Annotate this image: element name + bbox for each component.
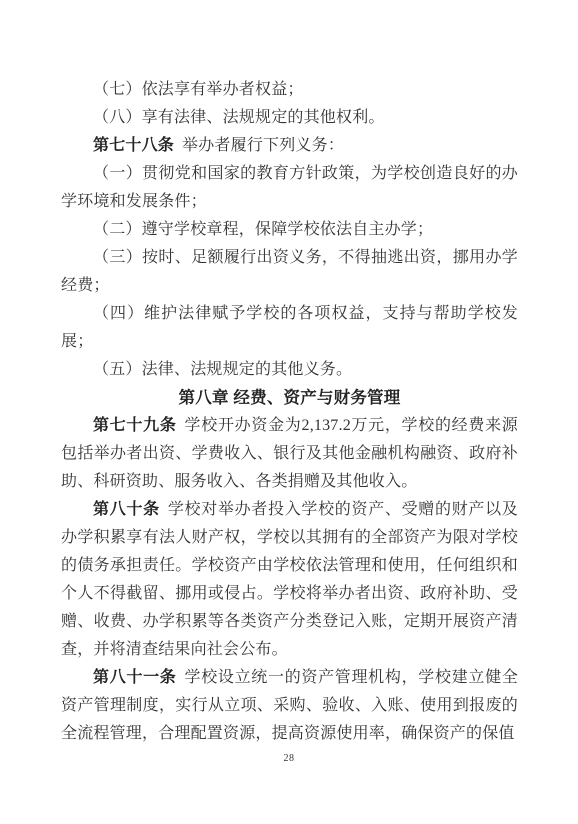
clause-paragraph: （七）依法享有举办者权益； [61, 76, 518, 104]
document-page: （七）依法享有举办者权益； （八）享有法律、法规规定的其他权利。 第七十八条举办… [0, 0, 578, 824]
page-number: 28 [0, 753, 578, 764]
clause-paragraph: （五）法律、法规规定的其他义务。 [61, 356, 518, 384]
article-paragraph: 第八十条学校对举办者投入学校的资产、受赠的财产以及办学积累享有法人财产权，学校以… [61, 496, 518, 664]
article-paragraph: 第七十八条举办者履行下列义务： [61, 132, 518, 160]
article-number: 第七十九条 [93, 417, 177, 434]
article-text: 学校对举办者投入学校的资产、受赠的财产以及办学积累享有法人财产权，学校以其拥有的… [61, 501, 518, 658]
article-paragraph: 第八十一条学校设立统一的资产管理机构，学校建立健全资产管理制度，实行从立项、采购… [61, 664, 518, 748]
document-body: （七）依法享有举办者权益； （八）享有法律、法规规定的其他权利。 第七十八条举办… [61, 76, 518, 748]
article-number: 第八十一条 [93, 669, 177, 686]
article-paragraph: 第七十九条学校开办资金为2,137.2万元，学校的经费来源包括举办者出资、学费收… [61, 412, 518, 496]
article-text: 举办者履行下列义务： [182, 137, 344, 154]
clause-paragraph: （一）贯彻党和国家的教育方针政策，为学校创造良好的办学环境和发展条件； [61, 160, 518, 216]
clause-paragraph: （三）按时、足额履行出资义务，不得抽逃出资，挪用办学经费； [61, 244, 518, 300]
clause-paragraph: （八）享有法律、法规规定的其他权利。 [61, 104, 518, 132]
chapter-heading: 第八章 经费、资产与财务管理 [61, 384, 518, 412]
article-number: 第七十八条 [93, 137, 174, 154]
clause-paragraph: （四）维护法律赋予学校的各项权益，支持与帮助学校发展； [61, 300, 518, 356]
clause-paragraph: （二）遵守学校章程，保障学校依法自主办学； [61, 216, 518, 244]
article-number: 第八十条 [93, 501, 160, 518]
